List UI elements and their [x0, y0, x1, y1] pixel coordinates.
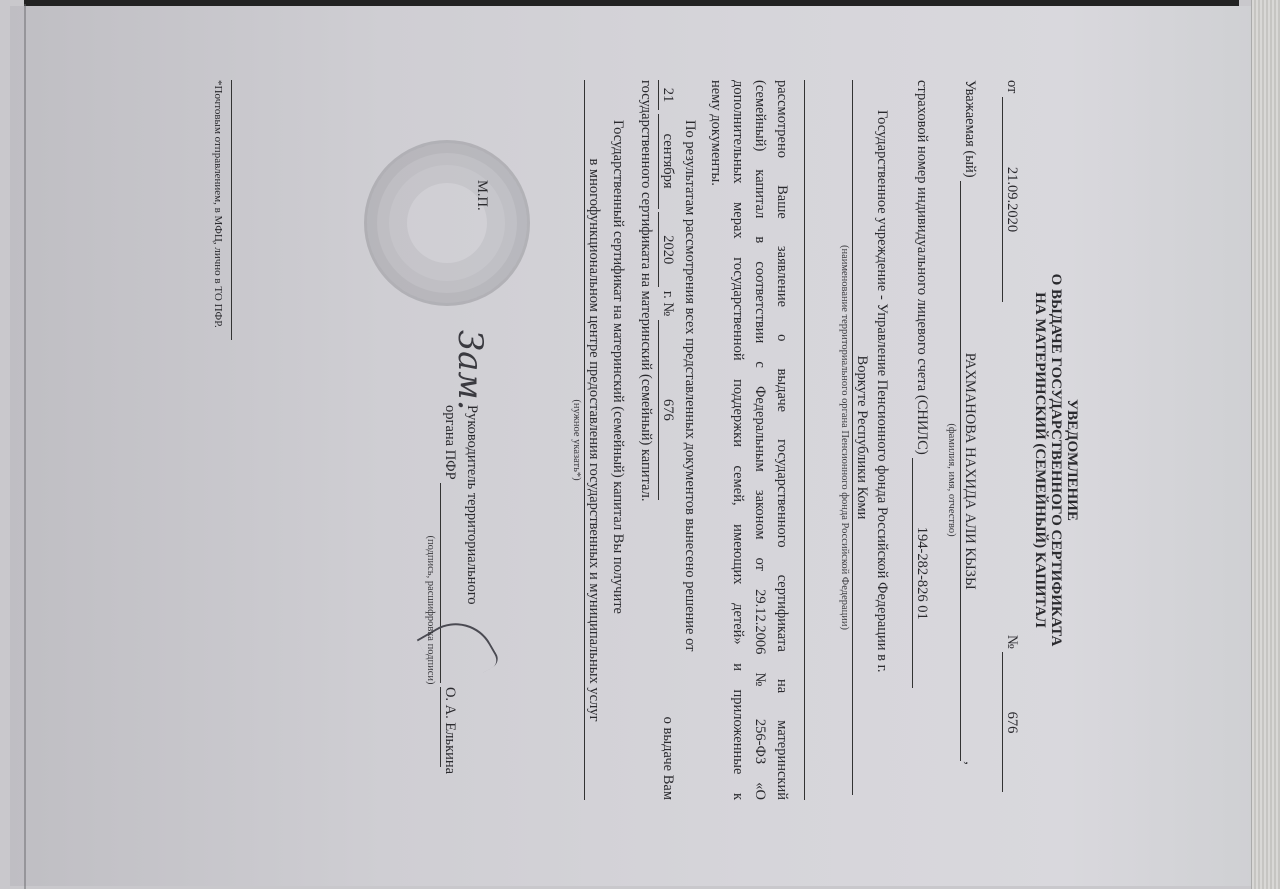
receive-place-row: в многофункциональном центре предоставле… — [584, 80, 602, 800]
body-line-1: рассмотрено Ваше заявление о выдаче госу… — [773, 80, 790, 800]
body-line-2: (семейный) капитал в соответствии с Феде… — [751, 80, 768, 800]
organization-line-2-row: Воркуте Республики Коми — [852, 80, 870, 795]
receive-hint: (нужное указать*) — [571, 80, 582, 800]
title-line-3: НА МАТЕРИНСКИЙ (СЕМЕЙНЫЙ) КАПИТАЛ — [1032, 80, 1048, 840]
decision-year-suffix: г. № — [660, 291, 676, 316]
top-border — [24, 0, 1239, 6]
blank-line — [804, 80, 822, 800]
title-line-1: УВЕДОМЛЕНИЕ — [1064, 80, 1080, 840]
decision-day: 21 — [658, 80, 676, 110]
body-line-3: дополнительных мерах государственной под… — [729, 80, 746, 800]
number-prefix: № — [1004, 635, 1020, 649]
organization-line-2: Воркуте Республики Коми — [852, 80, 870, 795]
organization-hint: (наименование территориального органа Пе… — [839, 80, 850, 795]
snils-value: 194-282-826 01 — [912, 458, 930, 688]
notification-number: 676 — [1002, 652, 1020, 792]
decision-end: государственного сертификата на материнс… — [637, 80, 654, 501]
notification-document: УВЕДОМЛЕНИЕ О ВЫДАЧЕ ГОСУДАРСТВЕННОГО СЕ… — [0, 80, 1090, 880]
signer-name: О. А. Елькина — [440, 687, 458, 767]
footnote-rule — [231, 80, 232, 340]
signer-title-line-2: органа ПФР — [442, 405, 458, 480]
signer-title-line-1: Руководитель территориального — [463, 405, 480, 605]
salutation-row: Уважаемая (ый) РАХМАНОВА НАХИДА АЛИ КЫЗЫ… — [960, 80, 978, 765]
title-line-2: О ВЫДАЧЕ ГОСУДАРСТВЕННОГО СЕРТИФИКАТА — [1048, 80, 1064, 840]
decision-suffix: о выдаче Вам — [659, 717, 676, 800]
signature-hint: (подпись, расшифровка подписи) — [425, 510, 436, 710]
handwritten-prefix: Зам. — [450, 330, 490, 410]
date-number-row: от 21.09.2020 № 676 — [1002, 80, 1020, 840]
decision-month: сентября — [658, 114, 676, 209]
snils-row: страховой номер индивидуального лицевого… — [912, 80, 930, 688]
official-stamp — [364, 140, 530, 306]
decision-row: 21 сентября 2020 г. № 676 о выдаче Вам — [658, 80, 676, 800]
snils-label: страховой номер индивидуального лицевого… — [914, 80, 930, 455]
document-title: УВЕДОМЛЕНИЕ О ВЫДАЧЕ ГОСУДАРСТВЕННОГО СЕ… — [1032, 80, 1080, 840]
notification-date: 21.09.2020 — [1002, 97, 1020, 302]
organization-line-1: Государственное учреждение - Управление … — [873, 110, 890, 673]
recipient-name-hint: (фамилия, имя, отчество) — [946, 190, 957, 770]
signer-row: органа ПФР О. А. Елькина — [440, 405, 458, 767]
decision-year: 2020 — [658, 212, 676, 287]
decision-number: 676 — [658, 320, 676, 500]
decision-intro: По результатам рассмотрения всех предста… — [681, 120, 698, 652]
recipient-name: РАХМАНОВА НАХИДА АЛИ КЫЗЫ — [960, 181, 978, 761]
footnote: *Почтовым отправлением, в МФЦ, лично в Т… — [212, 80, 224, 328]
date-prefix: от — [1004, 80, 1020, 93]
salutation-label: Уважаемая (ый) — [962, 80, 978, 178]
stamp-label: М.П. — [473, 180, 490, 211]
body-line-4: нему документы. — [707, 80, 724, 186]
receive-place: в многофункциональном центре предоставле… — [584, 80, 602, 800]
background-surface — [1251, 0, 1280, 889]
receive-line: Государственный сертификат на матерински… — [609, 120, 626, 614]
